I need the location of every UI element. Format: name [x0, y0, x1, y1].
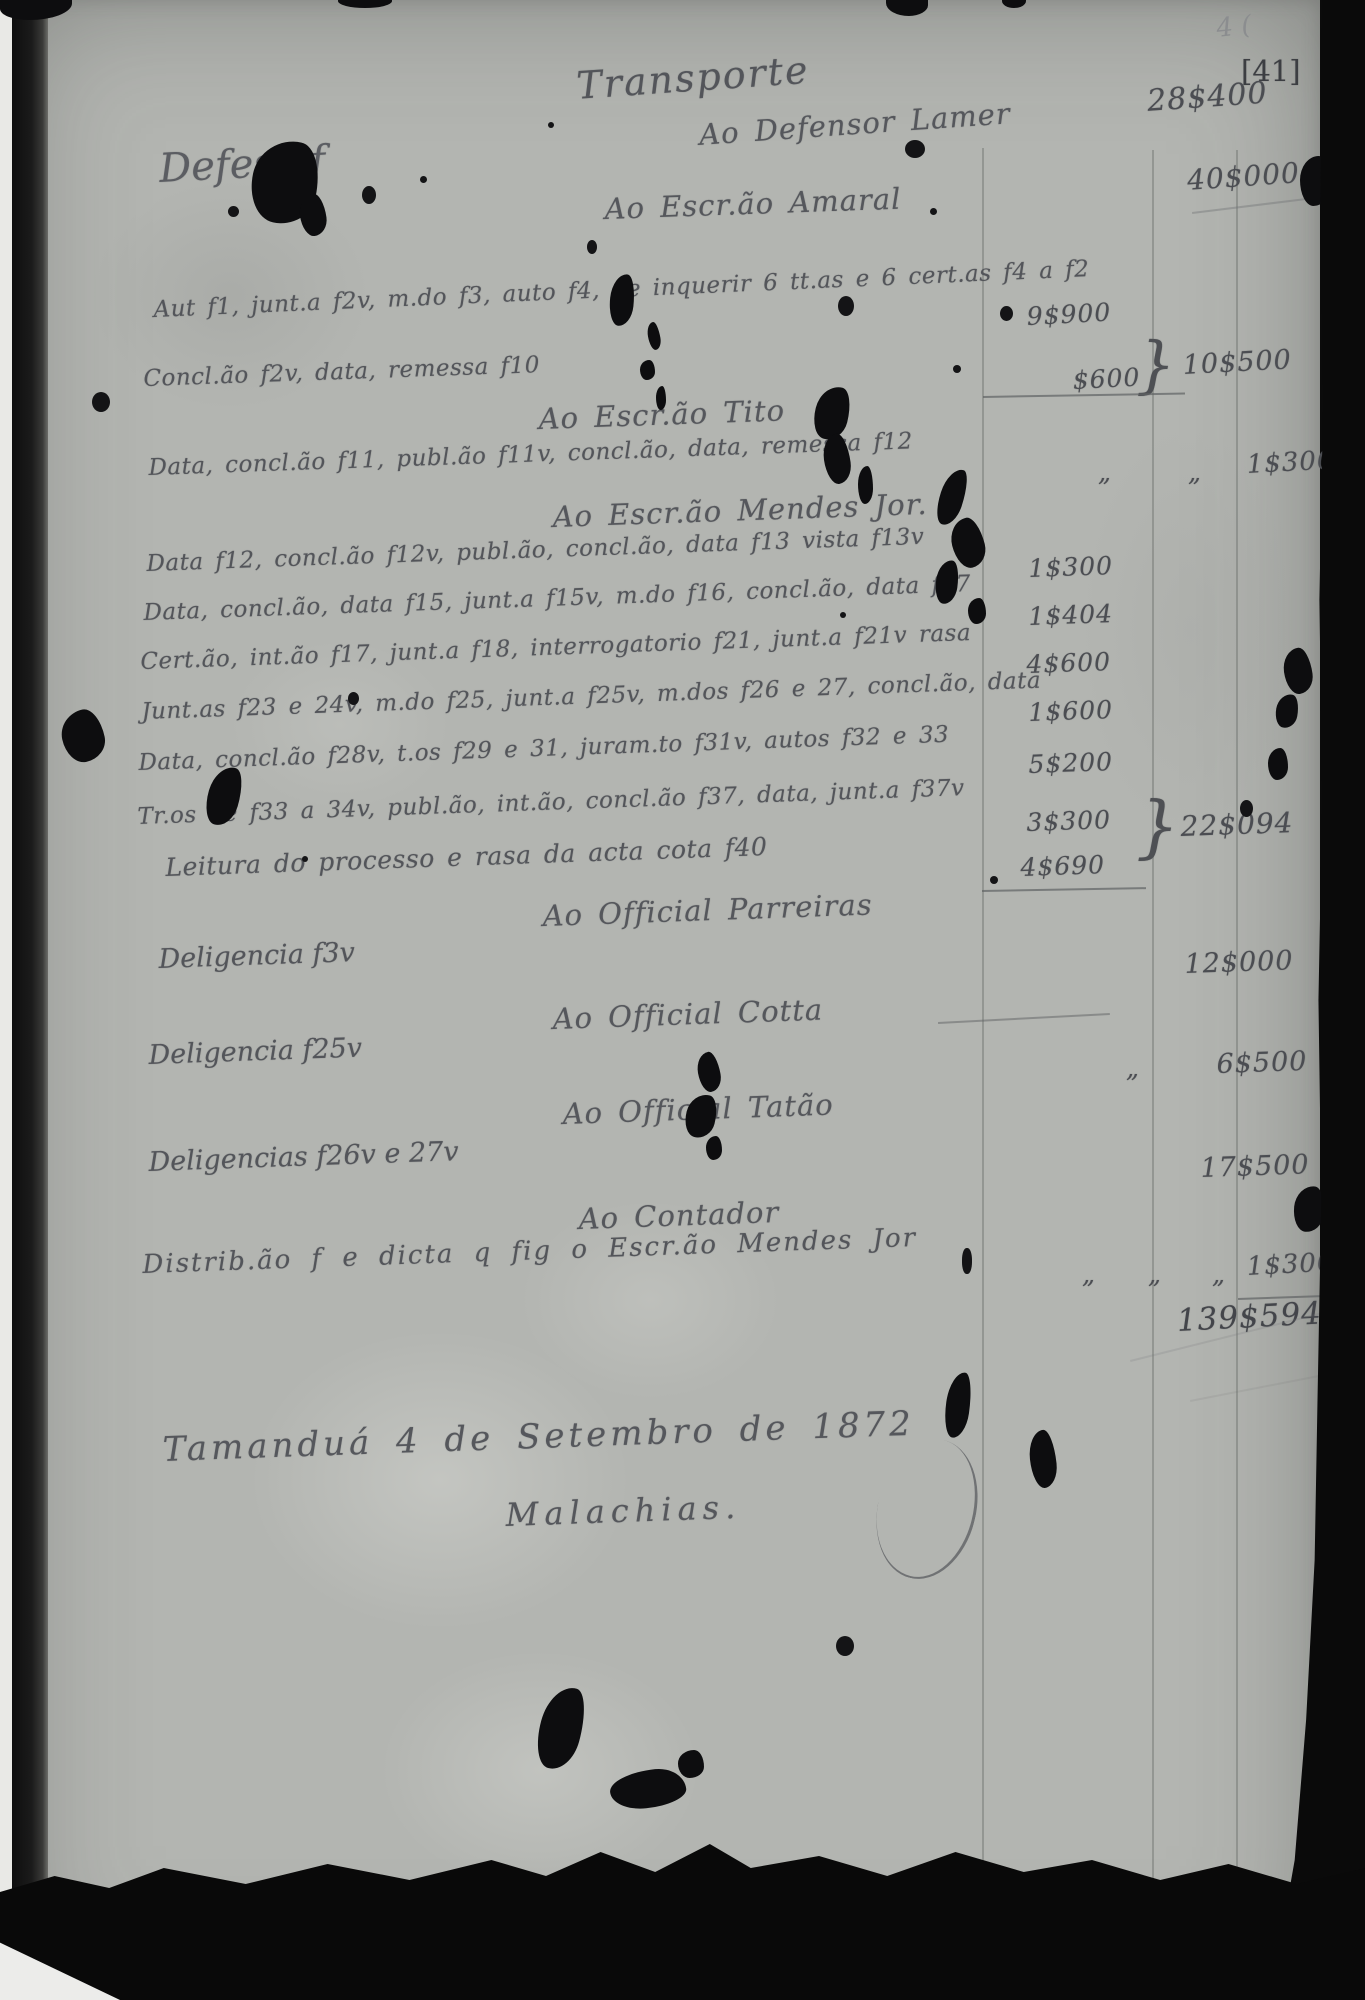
- ink-blot: [968, 598, 986, 624]
- ditto-mark: „: [1212, 1260, 1226, 1289]
- entry-amount: 5$200: [1028, 747, 1113, 779]
- ink-spot: [930, 208, 937, 215]
- column-rule: [982, 148, 984, 1908]
- ink-spot: [840, 612, 846, 618]
- ditto-mark: „: [1082, 1260, 1096, 1289]
- ink-spot: [302, 856, 308, 862]
- ink-spot: [420, 176, 427, 183]
- entry-total: 12$000: [1184, 945, 1294, 980]
- ditto-mark: „: [1188, 458, 1202, 487]
- entry-amount: 1$300: [1028, 551, 1113, 583]
- entry-amount: 9$900: [1026, 298, 1112, 331]
- entry-total: 6$500: [1216, 1046, 1308, 1080]
- page-edge-sliver: [0, 0, 12, 2000]
- entry-total: 17$500: [1200, 1149, 1310, 1184]
- ditto-mark: „: [1148, 1260, 1162, 1289]
- entry-amount: 4$690: [1020, 850, 1105, 882]
- entry-amount: 3$300: [1026, 805, 1111, 837]
- entry-amount: $600: [1072, 362, 1141, 394]
- ditto-mark: „: [1126, 1054, 1140, 1083]
- ink-spot: [362, 186, 376, 204]
- ink-spot: [228, 206, 239, 217]
- ink-blot: [1268, 748, 1288, 780]
- entry-amount: 1$404: [1028, 599, 1113, 631]
- ink-spot: [587, 240, 597, 254]
- section-subtotal: 10$500: [1182, 344, 1293, 381]
- ink-blot: [678, 1750, 704, 1778]
- ink-spot: [953, 365, 961, 373]
- ink-spot: [962, 1248, 972, 1274]
- brace: }: [1136, 788, 1179, 867]
- ink-spot: [1000, 306, 1013, 321]
- ink-blot: [858, 466, 873, 504]
- ink-spot: [92, 392, 110, 412]
- ink-spot: [348, 692, 359, 705]
- ink-blot: [640, 360, 655, 380]
- ink-blot: [706, 1136, 722, 1160]
- ink-spot: [548, 122, 554, 128]
- section-subtotal: 22$094: [1180, 806, 1294, 843]
- ink-blot: [656, 386, 666, 410]
- ditto-mark: „: [1098, 458, 1112, 487]
- brace: }: [1136, 328, 1175, 401]
- ink-spot: [990, 876, 998, 884]
- pencil-note: 4 (: [1215, 10, 1253, 43]
- ink-spot: [905, 140, 925, 158]
- binding-edge: [12, 0, 48, 2000]
- column-rule: [1152, 150, 1154, 1906]
- entry-amount: 1$600: [1028, 695, 1113, 727]
- ink-spot: [838, 296, 854, 316]
- column-rule: [1236, 150, 1238, 1906]
- ink-spot: [1240, 800, 1253, 817]
- ink-spot: [836, 1636, 854, 1656]
